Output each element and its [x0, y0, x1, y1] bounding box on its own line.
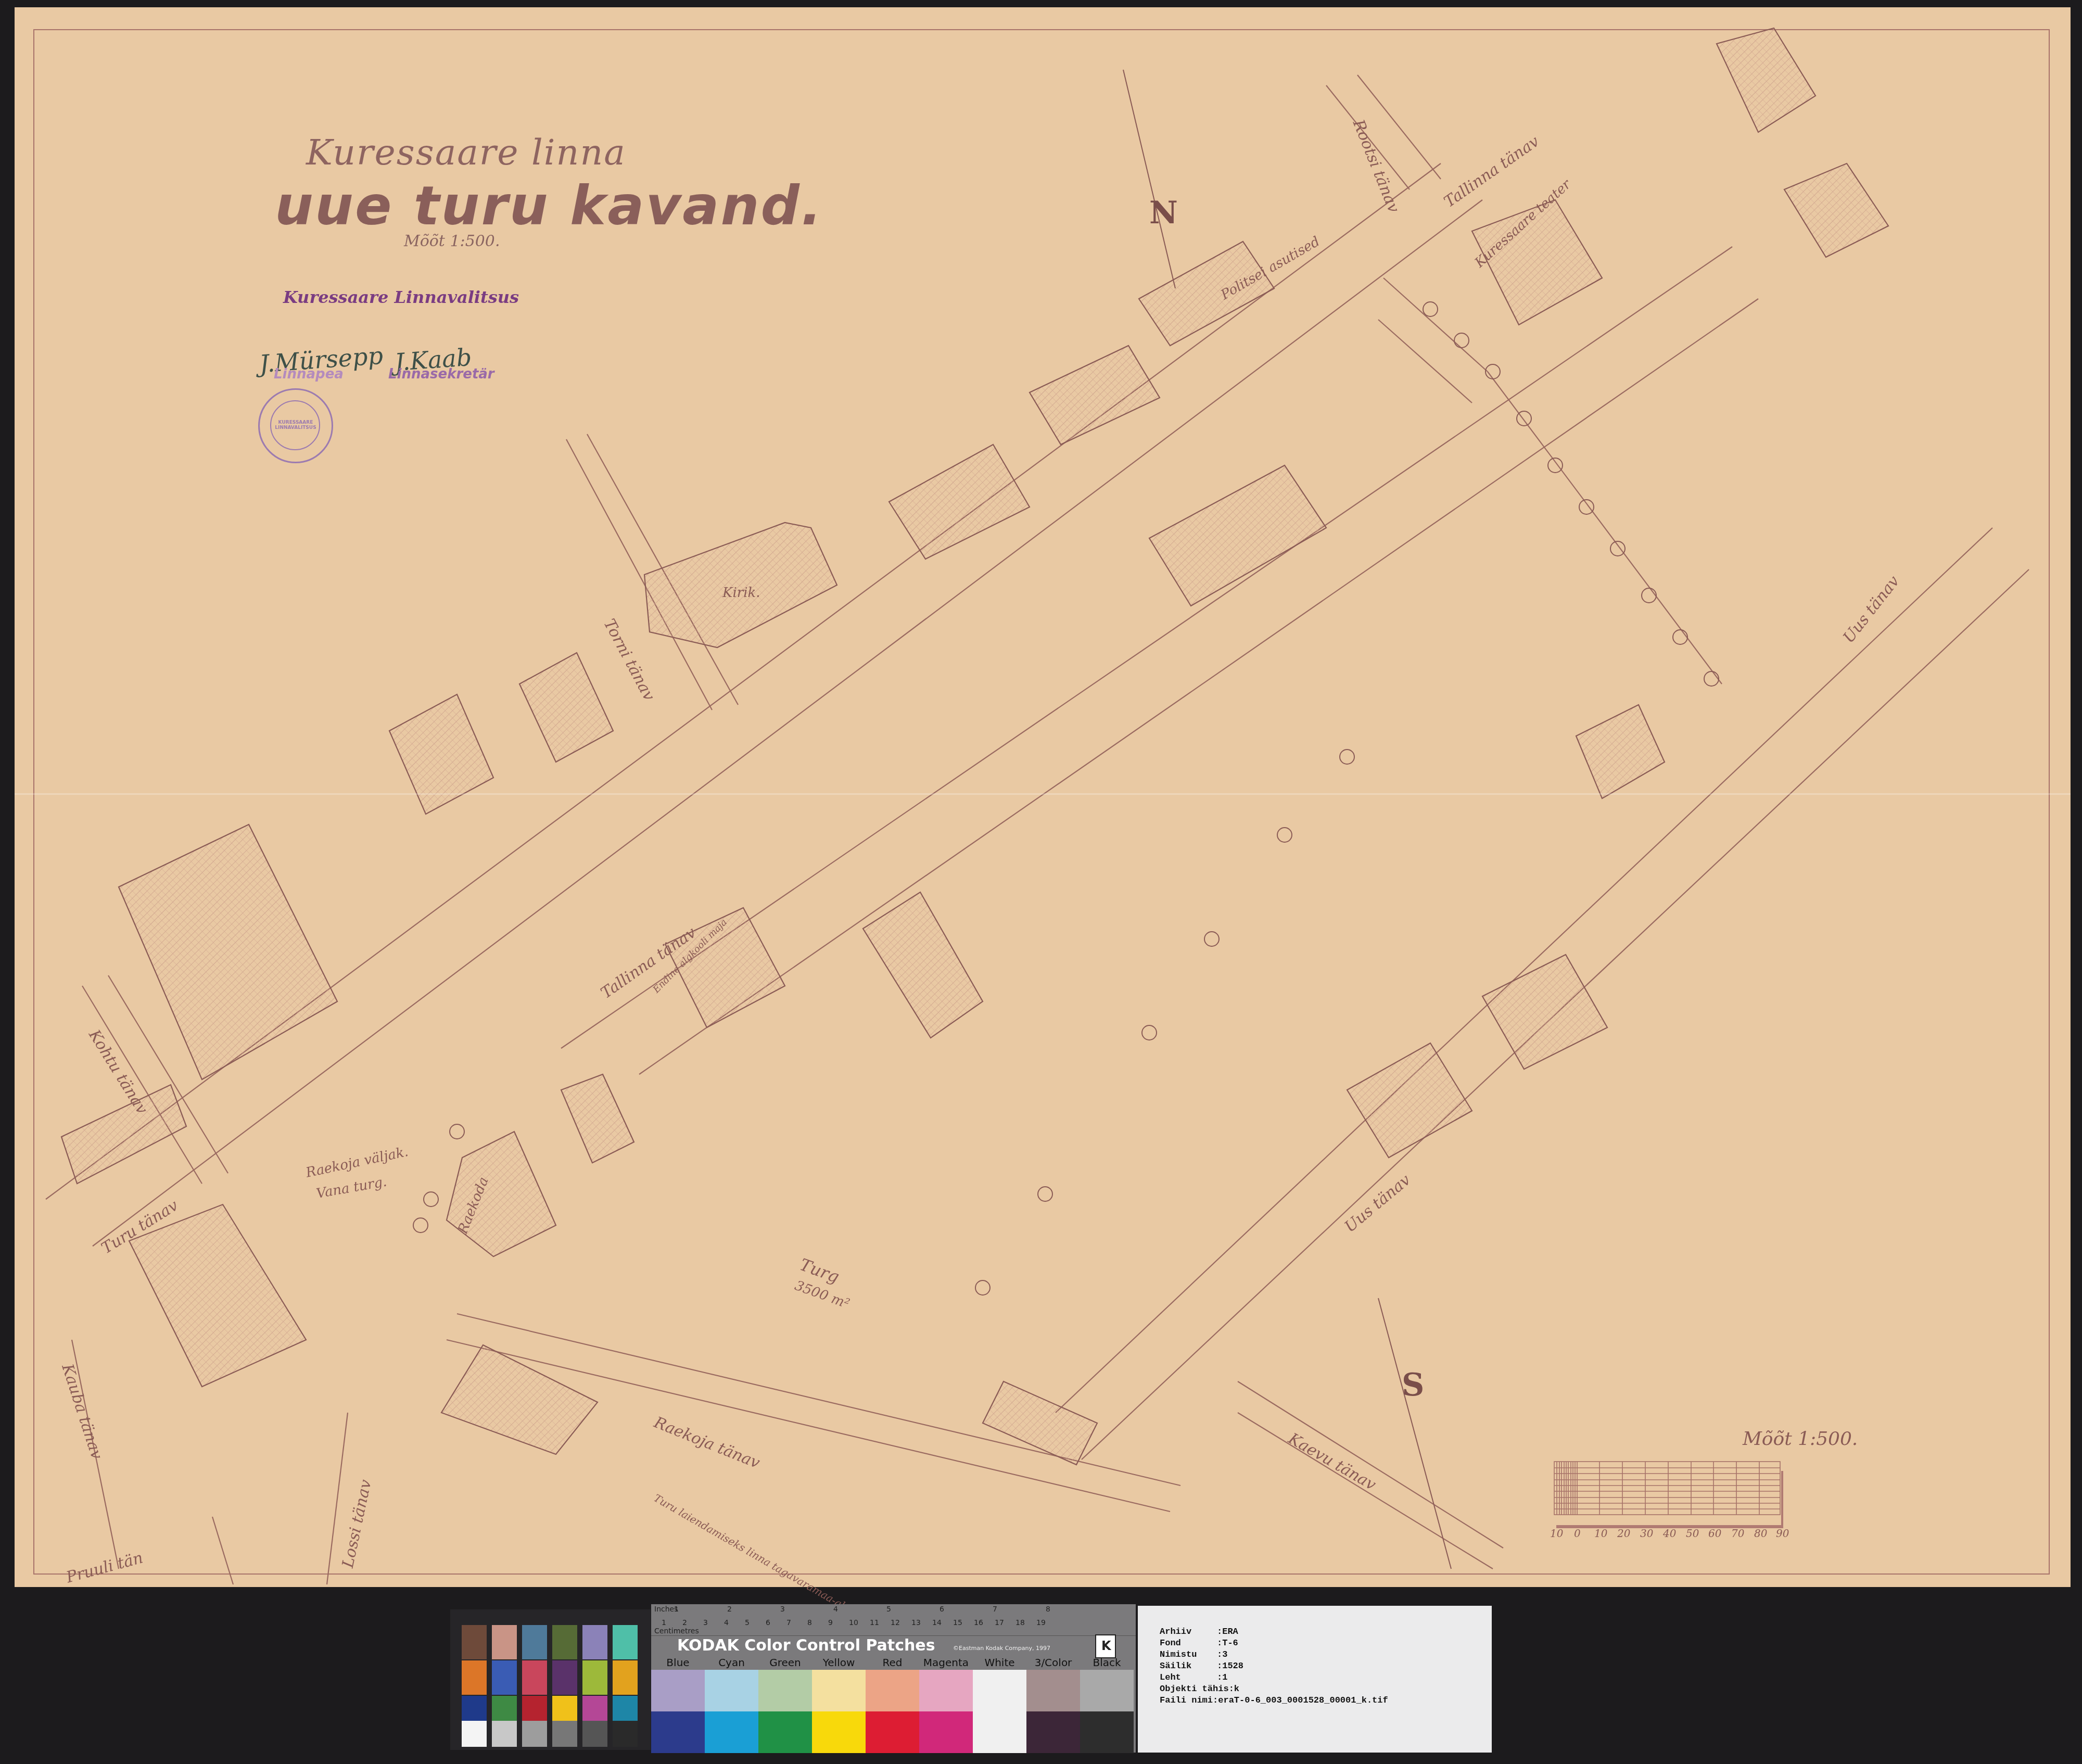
info-key: Leht: [1160, 1672, 1217, 1684]
role-secretary: Linnasekretär: [388, 366, 494, 382]
info-key: Faili nimi: [1160, 1696, 1213, 1706]
cm-tick: 16: [974, 1619, 983, 1627]
map-scale-label: Mõõt 1:500.: [404, 232, 500, 250]
color-patch: [582, 1625, 607, 1659]
kodak-patch-3color: [1026, 1670, 1080, 1753]
color-patch: [522, 1660, 547, 1695]
scale-tick: 20: [1617, 1527, 1630, 1540]
scale-tick: 80: [1754, 1527, 1767, 1540]
info-key: Fond: [1160, 1638, 1217, 1649]
cm-tick: 7: [786, 1619, 791, 1627]
info-row-objekti-tahis: Objekti tähis:k: [1160, 1684, 1388, 1695]
info-value: :k: [1229, 1684, 1239, 1694]
kodak-copyright: ©Eastman Kodak Company, 1997: [953, 1645, 1050, 1652]
color-patch: [522, 1625, 547, 1659]
info-value: :1528: [1217, 1661, 1243, 1671]
info-key: Säilik: [1160, 1661, 1217, 1672]
info-value: :3: [1217, 1650, 1227, 1660]
authority-stamp: Kuressaare Linnavalitsus: [283, 287, 519, 307]
cm-tick: 15: [953, 1619, 962, 1627]
scale-tick: 30: [1640, 1527, 1653, 1540]
patch-name: 3/Color: [1026, 1656, 1080, 1669]
color-patch-card: [450, 1609, 651, 1750]
cm-tick: 9: [828, 1619, 833, 1627]
kodak-patch-green: [758, 1670, 812, 1753]
inch-tick: 4: [833, 1605, 838, 1614]
cm-tick: 6: [766, 1619, 770, 1627]
info-row-leht: Leht:1: [1160, 1672, 1388, 1684]
scale-tick: 40: [1663, 1527, 1676, 1540]
seal-text: KURESSAARE LINNAVALITSUS: [260, 420, 332, 430]
ruler: Inches 1 2 3 4 5 6 7 8 Centimetres 1 2 3…: [651, 1604, 1136, 1636]
color-patch: [552, 1625, 577, 1659]
scale-tick: 10: [1550, 1527, 1563, 1540]
inch-tick: 1: [674, 1605, 679, 1614]
patch-name: Blue: [651, 1656, 705, 1669]
cm-tick: 4: [724, 1619, 729, 1627]
cm-tick: 3: [703, 1619, 708, 1627]
cm-tick: 19: [1036, 1619, 1046, 1627]
kodak-patch-cyan: [705, 1670, 758, 1753]
inch-tick: 7: [993, 1605, 997, 1614]
color-patch: [462, 1721, 487, 1747]
color-patch: [582, 1721, 607, 1747]
color-patch: [613, 1660, 638, 1695]
map-title-line1: Kuressaare linna: [306, 132, 626, 173]
cm-tick: 11: [870, 1619, 879, 1627]
map-title-line2: uue turu kavand.: [275, 174, 823, 237]
kodak-patch-black: [1080, 1670, 1134, 1753]
kodak-patch-yellow: [812, 1670, 866, 1753]
ruler-cm-label: Centimetres: [654, 1627, 699, 1635]
inch-tick: 2: [727, 1605, 732, 1614]
color-patch: [522, 1721, 547, 1747]
scale-tick: 90: [1776, 1527, 1789, 1540]
kodak-logo-icon: [1095, 1634, 1116, 1658]
kodak-patch-blue: [651, 1670, 705, 1753]
scale-tick: 10: [1594, 1527, 1607, 1540]
scale-tick: 0: [1574, 1527, 1581, 1540]
cm-tick: 12: [891, 1619, 900, 1627]
map-drawing: [15, 7, 2071, 1587]
info-value: :1: [1217, 1673, 1227, 1683]
map-sheet: Kuressaare linna uue turu kavand. Mõõt 1…: [15, 7, 2071, 1587]
color-patch: [552, 1660, 577, 1695]
cm-tick: 13: [911, 1619, 921, 1627]
kodak-patch-names: Blue Cyan Green Yellow Red Magenta White…: [651, 1656, 1136, 1671]
color-patch: [552, 1721, 577, 1747]
color-patch: [492, 1660, 517, 1695]
patch-name: Cyan: [705, 1656, 758, 1669]
info-value: :ERA: [1217, 1627, 1238, 1637]
patch-name: Magenta: [919, 1656, 973, 1669]
cm-tick: 14: [932, 1619, 942, 1627]
archive-info-card: Arhiiv:ERAFond:T-6Nimistu:3Säilik:1528Le…: [1138, 1606, 1492, 1753]
role-mayor: Linnapea: [274, 366, 344, 382]
cm-tick: 8: [807, 1619, 812, 1627]
color-patch: [613, 1721, 638, 1747]
scale-tick: 60: [1708, 1527, 1721, 1540]
inch-tick: 8: [1046, 1605, 1050, 1614]
color-patch: [582, 1660, 607, 1695]
info-row-fond: Fond:T-6: [1160, 1638, 1388, 1649]
info-row-nimistu: Nimistu:3: [1160, 1649, 1388, 1661]
cm-tick: 1: [662, 1619, 666, 1627]
scale-tick: 70: [1731, 1527, 1744, 1540]
info-value: :T-6: [1217, 1639, 1238, 1648]
patch-name: White: [973, 1656, 1026, 1669]
inch-tick: 3: [780, 1605, 785, 1614]
scalebar-title: Mõõt 1:500.: [1743, 1428, 1858, 1450]
inch-tick: 6: [940, 1605, 944, 1614]
info-key: Nimistu: [1160, 1649, 1217, 1661]
color-patch: [492, 1721, 517, 1747]
cm-tick: 5: [745, 1619, 750, 1627]
place-label-kirik: Kirik.: [722, 585, 760, 601]
archive-info-text: Arhiiv:ERAFond:T-6Nimistu:3Säilik:1528Le…: [1160, 1627, 1388, 1707]
patch-name: Green: [758, 1656, 812, 1669]
info-value: :eraT-0-6_003_0001528_00001_k.tif: [1213, 1696, 1388, 1706]
inch-tick: 5: [886, 1605, 891, 1614]
info-key: Objekti tähis: [1160, 1684, 1229, 1694]
info-key: Arhiiv: [1160, 1627, 1217, 1638]
color-patch: [462, 1625, 487, 1659]
patch-name: Black: [1080, 1656, 1134, 1669]
info-row-sailik: Säilik:1528: [1160, 1661, 1388, 1672]
info-row-arhiiv: Arhiiv:ERA: [1160, 1627, 1388, 1638]
official-seal: KURESSAARE LINNAVALITSUS: [258, 388, 333, 463]
scale-bar-grid: [1554, 1462, 1783, 1528]
patch-name: Red: [866, 1656, 919, 1669]
south-arrow-icon: S: [1402, 1367, 1424, 1403]
kodak-patch-magenta: [919, 1670, 973, 1753]
color-patch: [492, 1625, 517, 1659]
cm-tick: 10: [849, 1619, 858, 1627]
patch-name: Yellow: [812, 1656, 866, 1669]
info-row-faili-nimi: Faili nimi:eraT-0-6_003_0001528_00001_k.…: [1160, 1695, 1388, 1707]
scale-tick: 50: [1686, 1527, 1699, 1540]
cm-tick: 17: [995, 1619, 1004, 1627]
kodak-title: KODAK Color Control Patches: [677, 1636, 935, 1655]
kodak-color-card: Inches 1 2 3 4 5 6 7 8 Centimetres 1 2 3…: [651, 1604, 1136, 1753]
color-patch: [613, 1625, 638, 1659]
kodak-patch-red: [866, 1670, 919, 1753]
cm-tick: 2: [682, 1619, 687, 1627]
cm-tick: 18: [1015, 1619, 1025, 1627]
kodak-patch-white: [973, 1670, 1026, 1753]
north-arrow-icon: N: [1149, 195, 1178, 231]
color-patch: [462, 1660, 487, 1695]
